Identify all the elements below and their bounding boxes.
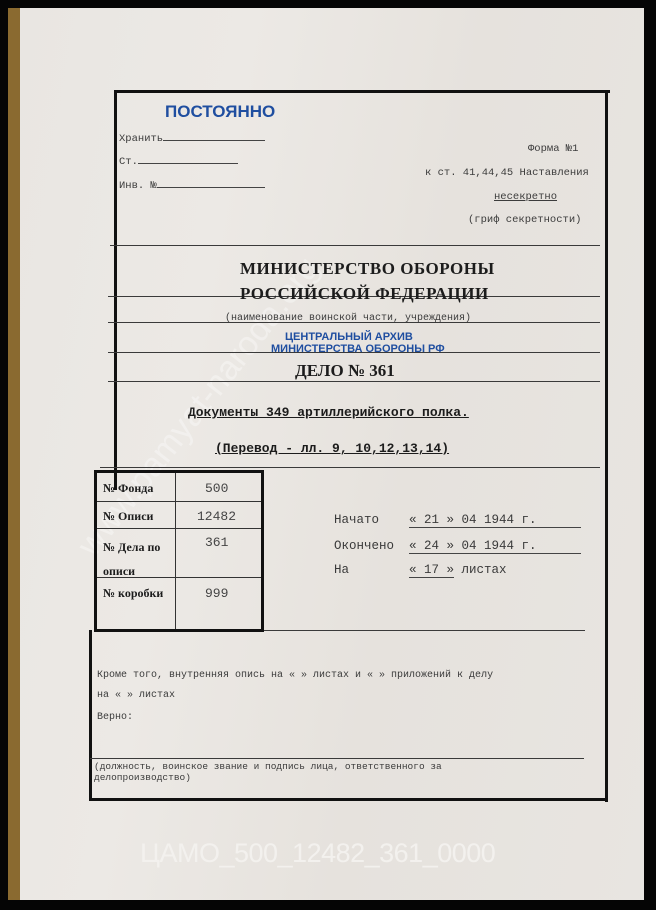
sheets-count: « 17 » листах xyxy=(409,563,507,577)
field-article: Ст. xyxy=(119,153,238,168)
subject-line-1: Документы 349 артиллерийского полка. xyxy=(188,405,469,420)
archive-index-table: № Фонда 500 № Описи 12482 № Дела по опис… xyxy=(94,470,264,632)
divider xyxy=(90,758,584,759)
archive-stamp-line-1: ЦЕНТРАЛЬНЫЙ АРХИВ xyxy=(285,331,413,343)
secrecy-caption: (гриф секретности) xyxy=(468,214,581,226)
ministry-line-2: РОССИЙСКОЙ ФЕДЕРАЦИИ xyxy=(240,284,489,304)
unit-caption: (наименование воинской части, учреждения… xyxy=(225,313,471,324)
signature-caption-2: делопроизводство) xyxy=(94,772,191,783)
inventory-line-1: Кроме того, внутренняя опись на « » лист… xyxy=(97,670,493,681)
archive-code-watermark: ЦАМО_500_12482_361_0000 xyxy=(140,838,495,869)
table-label-fond: № Фонда xyxy=(103,481,153,496)
table-value-box: 999 xyxy=(205,586,228,601)
certified-label: Верно: xyxy=(97,712,133,723)
subject-line-2: (Перевод - лл. 9, 10,12,13,14) xyxy=(215,441,449,456)
field-inventory-number: Инв. № xyxy=(119,177,265,192)
folder-edge xyxy=(8,8,20,900)
form-number: Форма №1 xyxy=(528,143,578,155)
archive-stamp-line-2: МИНИСТЕРСТВА ОБОРОНЫ РФ xyxy=(271,343,445,355)
ended-value: « 24 » 04 1944 г. xyxy=(409,539,581,554)
case-title: ДЕЛО № 361 xyxy=(295,361,395,381)
table-value-opis: 12482 xyxy=(197,509,236,524)
divider xyxy=(108,381,600,382)
table-label-box: № коробки xyxy=(103,586,163,601)
field-keep: Хранить xyxy=(119,130,265,145)
divider xyxy=(260,630,585,631)
ended-label: Окончено xyxy=(334,539,394,553)
table-label-delo: № Дела по описи xyxy=(103,535,173,583)
table-value-delo: 361 xyxy=(205,535,228,550)
started-value: « 21 » 04 1944 г. xyxy=(409,513,581,528)
form-reference: к ст. 41,44,45 Наставления xyxy=(425,167,589,179)
secrecy-value: несекретно xyxy=(494,191,557,203)
sheets-label: На xyxy=(334,563,349,577)
signature-caption-1: (должность, воинское звание и подпись ли… xyxy=(94,761,442,772)
ministry-line-1: МИНИСТЕРСТВО ОБОРОНЫ xyxy=(240,259,495,279)
storage-stamp: ПОСТОЯННО xyxy=(165,102,275,122)
inventory-line-2: на « » листах xyxy=(97,690,175,701)
started-label: Начато xyxy=(334,513,379,527)
table-label-opis: № Описи xyxy=(103,509,153,524)
divider xyxy=(110,245,600,246)
table-value-fond: 500 xyxy=(205,481,228,496)
divider xyxy=(100,467,600,468)
